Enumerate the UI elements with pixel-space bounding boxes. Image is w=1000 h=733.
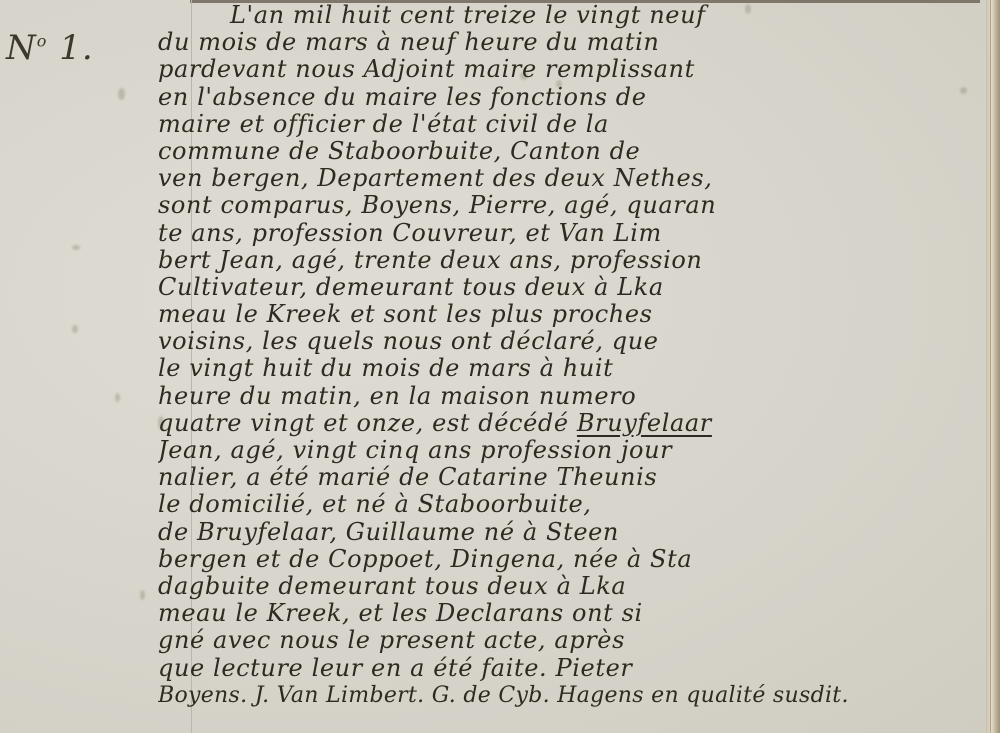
text-line: dagbuite demeurant tous deux à Lka — [158, 573, 988, 600]
record-text: L'an mil huit cent treize le vingt neuf … — [158, 2, 988, 709]
book-spine-edge — [986, 0, 1000, 733]
paper-stain — [72, 325, 78, 333]
text-line: le vingt huit du mois de mars à huit — [158, 355, 988, 382]
entry-number: No 1. — [6, 28, 94, 68]
paper-stain — [140, 590, 145, 600]
deceased-surname: Bruyfelaar — [577, 410, 712, 437]
text-line: meau le Kreek et sont les plus proches — [158, 301, 988, 328]
text-line: que lecture leur en a été faite. Pieter — [158, 655, 988, 682]
text-line-with-deceased-name: quatre vingt et onze, est décédé Bruyfel… — [158, 410, 988, 437]
text-line: pardevant nous Adjoint maire remplissant — [158, 56, 988, 83]
text-line: le domicilié, et né à Staboorbuite, — [158, 491, 988, 518]
text-line: L'an mil huit cent treize le vingt neuf — [158, 2, 988, 29]
entry-number-value: 1. — [47, 28, 93, 68]
entry-number-prefix: N — [6, 28, 37, 68]
text-line: nalier, a été marié de Catarine Theunis — [158, 464, 988, 491]
signature-line: Boyens. J. Van Limbert. G. de Cyb. Hagen… — [158, 682, 988, 709]
text-line: te ans, profession Couvreur, et Van Lim — [158, 220, 988, 247]
text-line: voisins, les quels nous ont déclaré, que — [158, 328, 988, 355]
text-line: meau le Kreek, et les Declarans ont si — [158, 600, 988, 627]
text-line: commune de Staboorbuite, Canton de — [158, 138, 988, 165]
text-line: en l'absence du maire les fonctions de — [158, 84, 988, 111]
paper-stain — [72, 245, 80, 250]
text-line: bergen et de Coppoet, Dingena, née à Sta — [158, 546, 988, 573]
text-line: heure du matin, en la maison numero — [158, 383, 988, 410]
entry-number-sup: o — [37, 32, 48, 51]
text-line: de Bruyfelaar, Guillaume né à Steen — [158, 519, 988, 546]
text-line: du mois de mars à neuf heure du matin — [158, 29, 988, 56]
text-line: maire et officier de l'état civil de la — [158, 111, 988, 138]
text-line: Jean, agé, vingt cinq ans profession jou… — [158, 437, 988, 464]
text-line: ven bergen, Departement des deux Nethes, — [158, 165, 988, 192]
scanned-register-page: No 1. L'an mil huit cent treize le vingt… — [0, 0, 1000, 733]
paper-stain — [118, 88, 125, 100]
text-line: bert Jean, agé, trente deux ans, profess… — [158, 247, 988, 274]
text-line: gné avec nous le present acte, après — [158, 627, 988, 654]
text-line: Cultivateur, demeurant tous deux à Lka — [158, 274, 988, 301]
text-line: sont comparus, Boyens, Pierre, agé, quar… — [158, 192, 988, 219]
paper-stain — [115, 393, 120, 402]
spine-fold-line — [990, 0, 991, 733]
